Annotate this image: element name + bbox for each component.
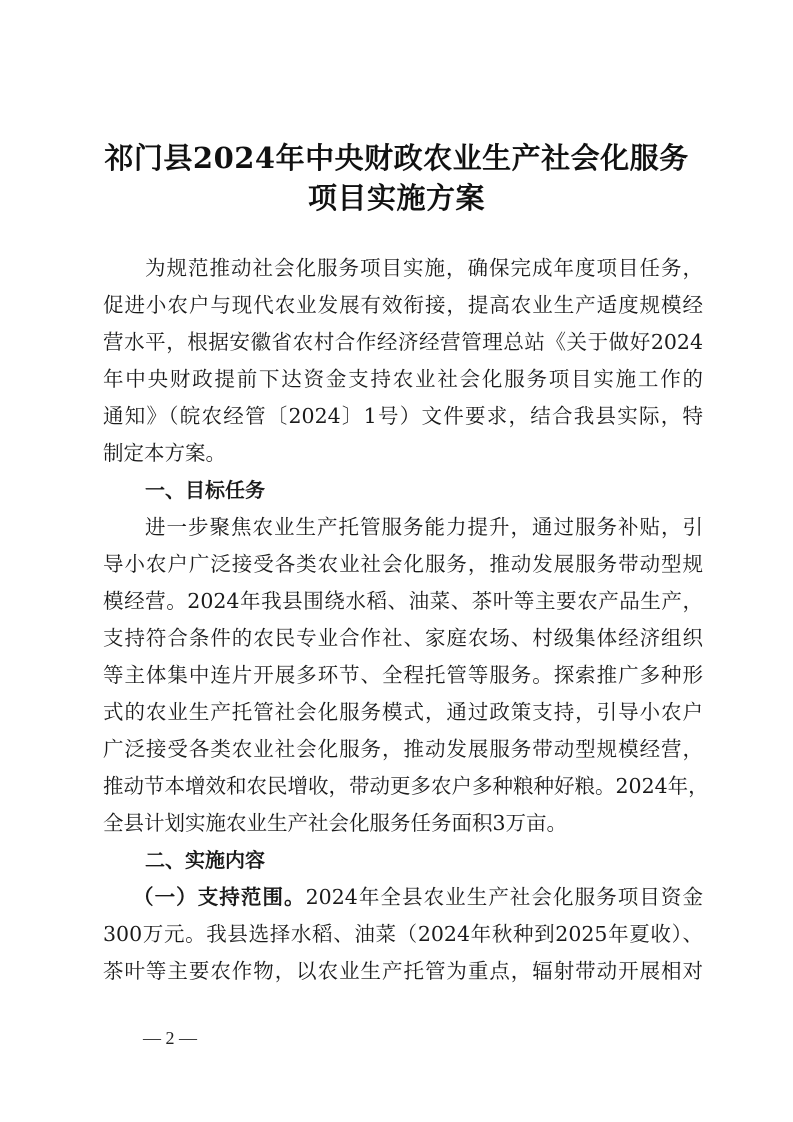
paragraph-line: 茶叶等主要农作物，以农业生产托管为重点，辐射带动开展相对 (103, 953, 703, 990)
paragraph-line: 支持符合条件的农民专业合作社、家庭农场、村级集体经济组织 (103, 620, 703, 657)
document-title-line-1: 祁门县2024年中央财政农业生产社会化服务 (60, 138, 733, 178)
section-heading-goals: 一、目标任务 (103, 472, 703, 509)
section1-paragraph: 进一步聚焦农业生产托管服务能力提升，通过服务补贴，引 导小农户广泛接受各类农业社… (103, 509, 703, 842)
paragraph-line: 进一步聚焦农业生产托管服务能力提升，通过服务补贴，引 (103, 509, 703, 546)
page-number: — 2 — (143, 1028, 197, 1049)
paragraph-line: 等主体集中连片开展多环节、全程托管等服务。探索推广多种形 (103, 657, 703, 694)
paragraph-line: 营水平，根据安徽省农村合作经济经营管理总站《关于做好2024 (103, 324, 703, 361)
paragraph-line: 300万元。我县选择水稻、油菜（2024年秋种到2025年夏收）、 (103, 916, 703, 953)
paragraph-line: 导小农户广泛接受各类农业社会化服务，推动发展服务带动型规 (103, 546, 703, 583)
document-page: 祁门县2024年中央财政农业生产社会化服务 项目实施方案 为规范推动社会化服务项… (0, 0, 793, 1122)
section2-sub1-paragraph: （一）支持范围。2024年全县农业生产社会化服务项目资金 300万元。我县选择水… (103, 879, 703, 990)
paragraph-line: 全县计划实施农业生产社会化服务任务面积3万亩。 (103, 805, 703, 842)
paragraph-line: 模经营。2024年我县围绕水稻、油菜、茶叶等主要农产品生产， (103, 583, 703, 620)
paragraph-line: 为规范推动社会化服务项目实施，确保完成年度项目任务， (103, 250, 703, 287)
paragraph-line: （一）支持范围。2024年全县农业生产社会化服务项目资金 (103, 879, 703, 916)
document-body: 为规范推动社会化服务项目实施，确保完成年度项目任务， 促进小农户与现代农业发展有… (103, 250, 703, 990)
document-title-line-2: 项目实施方案 (60, 178, 733, 218)
paragraph-line: 促进小农户与现代农业发展有效衔接，提高农业生产适度规模经 (103, 287, 703, 324)
paragraph-line: 式的农业生产托管社会化服务模式，通过政策支持，引导小农户 (103, 694, 703, 731)
subsection-label: （一）支持范围。 (133, 885, 306, 909)
paragraph-line: 广泛接受各类农业社会化服务，推动发展服务带动型规模经营， (103, 731, 703, 768)
section-heading-implementation: 二、实施内容 (103, 842, 703, 879)
paragraph-line: 通知》（皖农经管〔2024〕1号）文件要求，结合我县实际，特 (103, 398, 703, 435)
paragraph-line: 制定本方案。 (103, 435, 703, 472)
intro-paragraph: 为规范推动社会化服务项目实施，确保完成年度项目任务， 促进小农户与现代农业发展有… (103, 250, 703, 472)
paragraph-line: 年中央财政提前下达资金支持农业社会化服务项目实施工作的 (103, 361, 703, 398)
paragraph-text: 2024年全县农业生产社会化服务项目资金 (306, 885, 703, 909)
paragraph-line: 推动节本增效和农民增收，带动更多农户多种粮种好粮。2024年， (103, 768, 703, 805)
